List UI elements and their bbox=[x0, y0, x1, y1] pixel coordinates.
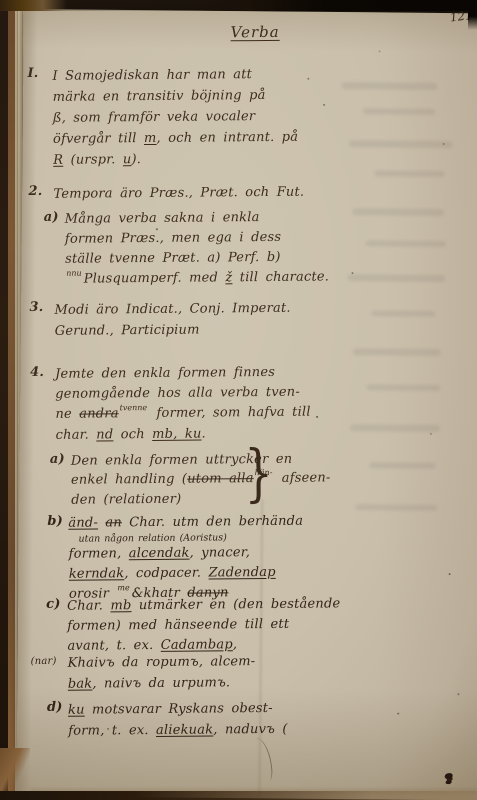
underlined-text: ku bbox=[68, 703, 85, 718]
section-marker: 4. bbox=[30, 365, 44, 380]
section-4: 4.Jemte den enkla formen finnesgenomgåen… bbox=[30, 363, 311, 446]
manuscript-line: Khaivъ da ropumъ, alcem- bbox=[68, 651, 256, 674]
underlined-text: alcendak bbox=[129, 546, 190, 562]
underlined-text: mb bbox=[110, 598, 131, 613]
section-4a: a)Den enkla formen uttrycker enenkel han… bbox=[50, 449, 331, 509]
text-segment: ställe tvenne Præt. a) Perf. b) bbox=[65, 250, 281, 267]
manuscript-line: enkel handling (utom allahän- afseen- bbox=[71, 468, 331, 490]
section-4b: b)änd- an Char. utm den berhändautan någ… bbox=[47, 512, 304, 606]
text-segment: Många verba sakna i enkla bbox=[65, 210, 260, 227]
underlined-text: kerndak bbox=[69, 566, 125, 581]
section-3: 3.Modi äro Indicat., Conj. Imperat.Gerun… bbox=[29, 298, 291, 342]
photo-top-border bbox=[0, 0, 477, 11]
text-segment: märka en transitiv böjning på bbox=[53, 88, 266, 105]
text-segment: formen) med hänseende till ett bbox=[67, 617, 289, 634]
section-4c: c)Char. mb utmärker en (den beståendefor… bbox=[46, 594, 341, 657]
underlined-text: änd- bbox=[68, 515, 98, 530]
text-segment: Jemte den enkla formen finnes bbox=[55, 365, 275, 382]
text-segment: och bbox=[113, 427, 152, 442]
text-segment: genomgående hos alla verba tven- bbox=[55, 385, 300, 402]
text-segment: , codpacer. bbox=[124, 566, 208, 582]
text-segment: Plusquamperf. med bbox=[84, 270, 226, 286]
section-marker: a) bbox=[44, 210, 59, 225]
section-marker: 2. bbox=[28, 184, 42, 199]
section-marker: b) bbox=[47, 514, 63, 529]
text-segment: , naivъ da urpumъ. bbox=[92, 675, 230, 691]
grouping-brace: } bbox=[244, 440, 273, 506]
text-segment bbox=[98, 515, 105, 530]
text-segment: char. bbox=[56, 427, 97, 442]
section-marker: 3. bbox=[29, 300, 43, 315]
manuscript-line: Gerund., Participium bbox=[55, 319, 291, 342]
manuscript-line: ß, som framför veka vocaler bbox=[53, 106, 298, 129]
text-segment: Tempora äro Præs., Præt. och Fut. bbox=[53, 185, 304, 202]
text-segment: ß, som framför veka vocaler bbox=[53, 109, 256, 126]
manuscript-line: nnuPlusquamperf. med ž till characte. bbox=[65, 267, 329, 290]
manuscript-line: bak, naivъ da urpumъ. bbox=[68, 672, 256, 695]
photo-bottom-border bbox=[0, 791, 477, 800]
section-4d: d)ku motsvarar Ryskans obest-form, t. ex… bbox=[47, 698, 288, 742]
text-segment: Khaivъ da ropumъ, alcem- bbox=[68, 654, 256, 671]
manuscript-line: änd- an Char. utm den berhända bbox=[68, 512, 303, 534]
text-segment: utmärker en (den bestående bbox=[131, 596, 340, 613]
text-segment: till characte. bbox=[232, 269, 329, 285]
handwriting-layer: Verba 121 I.I Samojediskan har man attmä… bbox=[23, 6, 477, 797]
underlined-text: bak bbox=[68, 677, 93, 692]
section-marker: a) bbox=[50, 452, 65, 467]
section-2a: a)Många verba sakna i enklaformen Præs.,… bbox=[44, 207, 330, 290]
manuscript-line: Tempora äro Præs., Præt. och Fut. bbox=[53, 182, 304, 205]
manuscript-line: Modi äro Indicat., Conj. Imperat. bbox=[54, 298, 290, 321]
text-segment: Gerund., Participium bbox=[55, 323, 200, 339]
manuscript-line: ku motsvarar Ryskans obest- bbox=[68, 698, 288, 721]
text-segment: ). bbox=[131, 152, 141, 167]
manuscript-line: den (relationer) bbox=[71, 488, 331, 509]
photo-top-right-border bbox=[468, 0, 477, 30]
text-segment: , bbox=[233, 637, 237, 652]
text-segment: , ynacer, bbox=[190, 545, 251, 561]
inserted-text: tvenne bbox=[120, 403, 148, 412]
underlined-text: m bbox=[144, 131, 157, 146]
manuscript-photo: Verba 121 I.I Samojediskan har man attmä… bbox=[0, 0, 477, 800]
text-segment: . bbox=[201, 427, 205, 442]
text-segment: öfvergår till bbox=[53, 131, 144, 147]
text-segment: I Samojediskan har man att bbox=[52, 67, 252, 84]
manuscript-line: formen, alcendak, ynacer, bbox=[69, 543, 304, 565]
underlined-text: aliekuak bbox=[156, 722, 213, 737]
manuscript-line: formen Præs., men ega i dess bbox=[65, 227, 329, 249]
manuscript-line: ställe tvenne Præt. a) Perf. b) bbox=[65, 247, 329, 269]
manuscript-line: öfvergår till m, och en intrant. på bbox=[53, 127, 298, 150]
manuscript-line: märka en transitiv böjning på bbox=[53, 85, 298, 108]
text-segment: enkel handling ( bbox=[71, 472, 187, 488]
manuscript-line: R (urspr. u). bbox=[53, 148, 298, 171]
inserted-text: nnu bbox=[66, 269, 82, 278]
section-2: 2.Tempora äro Præs., Præt. och Fut. bbox=[28, 182, 304, 205]
section-marker: (nar) bbox=[31, 656, 57, 667]
text-segment: motsvarar Ryskans obest- bbox=[85, 701, 273, 718]
text-segment: Char. utm den berhända bbox=[122, 514, 303, 531]
inserted-text: me bbox=[117, 583, 129, 592]
struck-text: andra bbox=[79, 406, 119, 421]
manuscript-line: kerndak, codpacer. Zadendap bbox=[69, 563, 304, 585]
text-segment: , naduvъ ( bbox=[213, 722, 287, 738]
section-4c-examples: (nar)Khaivъ da ropumъ, alcem-bak, naivъ … bbox=[31, 651, 256, 695]
text-segment: den (relationer) bbox=[71, 492, 181, 508]
text-segment: , och en intrant. på bbox=[156, 130, 298, 146]
text-segment: ne bbox=[55, 407, 79, 422]
struck-text: an bbox=[105, 515, 122, 530]
underlined-text: Zadendap bbox=[208, 565, 275, 581]
text-segment: afseen- bbox=[274, 470, 330, 485]
section-1: I.I Samojediskan har man attmärka en tra… bbox=[27, 64, 298, 171]
text-segment: former, som hafva till bbox=[149, 405, 311, 421]
page-title: Verba bbox=[205, 23, 305, 42]
underlined-text: nd bbox=[96, 427, 113, 442]
text-segment: formen, bbox=[69, 546, 129, 562]
section-marker: I. bbox=[27, 66, 38, 81]
manuscript-line: ne andratvenne former, som hafva till bbox=[55, 403, 310, 426]
book-spine-shadow bbox=[0, 0, 8, 800]
text-segment: form, t. ex. bbox=[68, 723, 156, 739]
text-segment: (urspr. bbox=[63, 152, 123, 168]
text-segment: Modi äro Indicat., Conj. Imperat. bbox=[54, 301, 290, 318]
underlined-text: R bbox=[53, 153, 63, 168]
section-marker: c) bbox=[46, 597, 61, 612]
section-marker: d) bbox=[47, 700, 63, 715]
underlined-text: mb, ku bbox=[152, 427, 202, 442]
manuscript-line: Den enkla formen uttrycker en bbox=[71, 449, 331, 470]
manuscript-line: Jemte den enkla formen finnes bbox=[55, 363, 310, 385]
manuscript-line: I Samojediskan har man att bbox=[52, 64, 297, 87]
manuscript-line: Många verba sakna i enkla bbox=[65, 207, 329, 229]
manuscript-line: genomgående hos alla verba tven- bbox=[55, 383, 310, 405]
binding-edge bbox=[8, 0, 15, 800]
text-segment: Char. bbox=[67, 598, 110, 613]
manuscript-line: Char. mb utmärker en (den bestående bbox=[67, 594, 340, 616]
text-segment: formen Præs., men ega i dess bbox=[65, 230, 281, 247]
manuscript-page: Verba 121 I.I Samojediskan har man attmä… bbox=[16, 9, 477, 800]
manuscript-line: formen) med hänseende till ett bbox=[67, 614, 340, 636]
